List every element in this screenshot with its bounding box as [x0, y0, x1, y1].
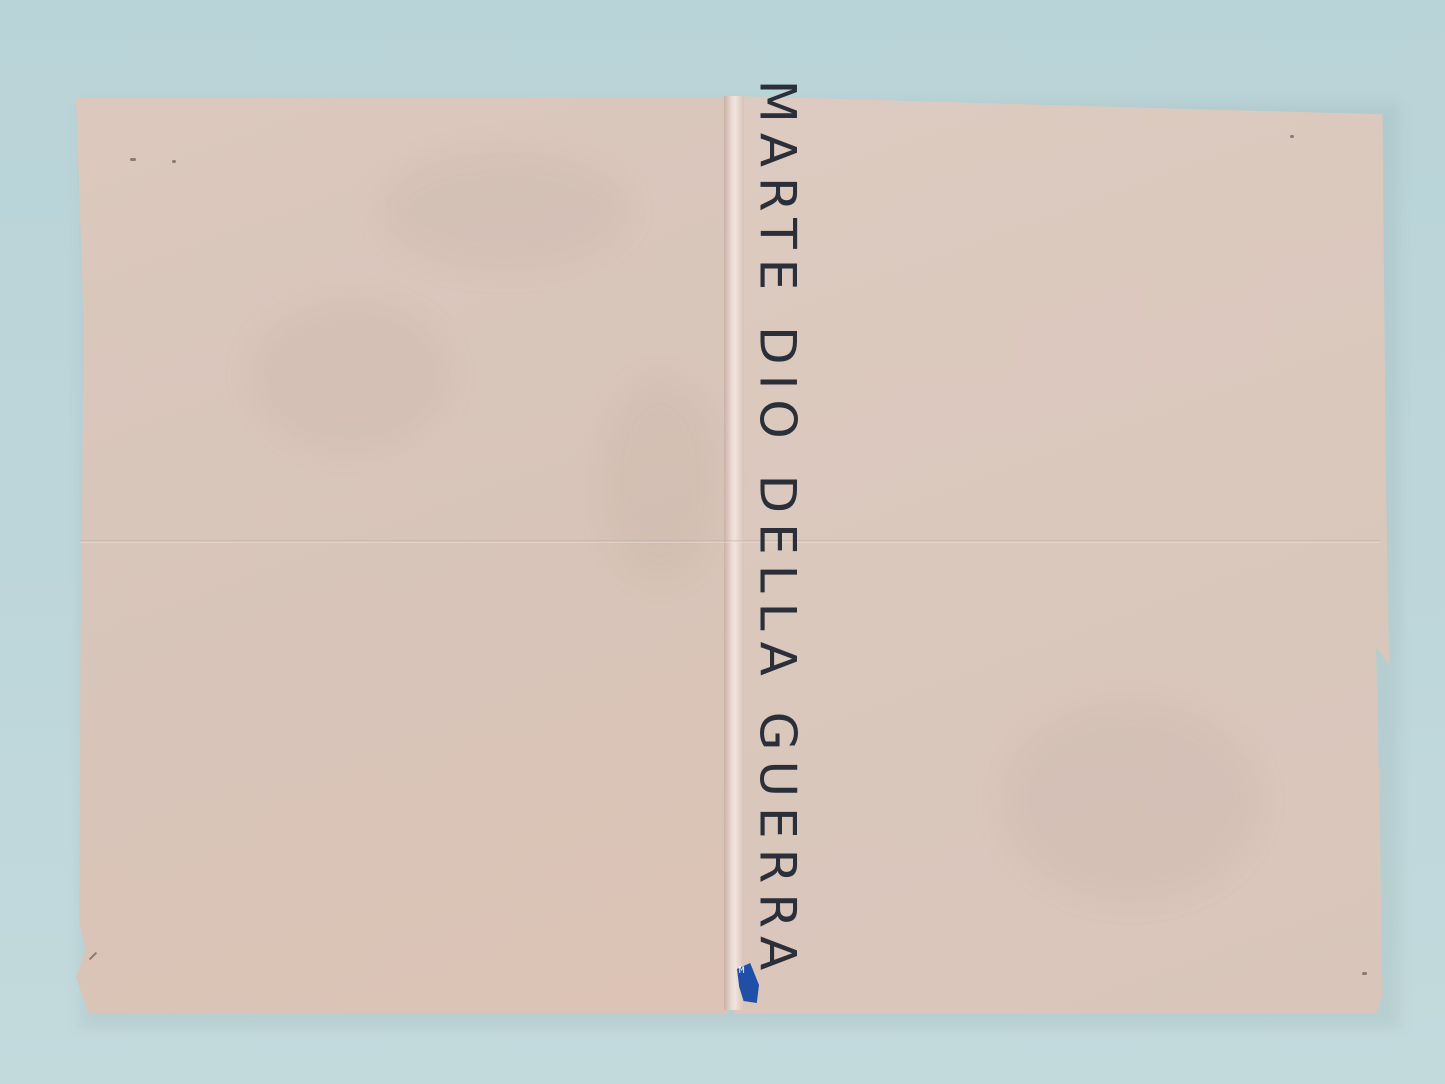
paper-stain: [1000, 700, 1260, 900]
paper-speck: [1290, 135, 1294, 138]
center-fold-spine: [724, 96, 744, 1010]
paper-speck: [1362, 972, 1367, 975]
paper-stain: [380, 150, 630, 270]
handwritten-title: MARTE DIO DELLA GUERRA: [742, 215, 812, 845]
paper-stain: [250, 300, 450, 450]
paper-speck: [172, 160, 176, 163]
paper-stain: [600, 380, 720, 580]
handwritten-title-text: MARTE DIO DELLA GUERRA: [752, 80, 802, 981]
tape-label: M: [739, 966, 744, 976]
horizontal-fold-crease: [80, 540, 1380, 543]
paper-speck: [130, 158, 136, 161]
